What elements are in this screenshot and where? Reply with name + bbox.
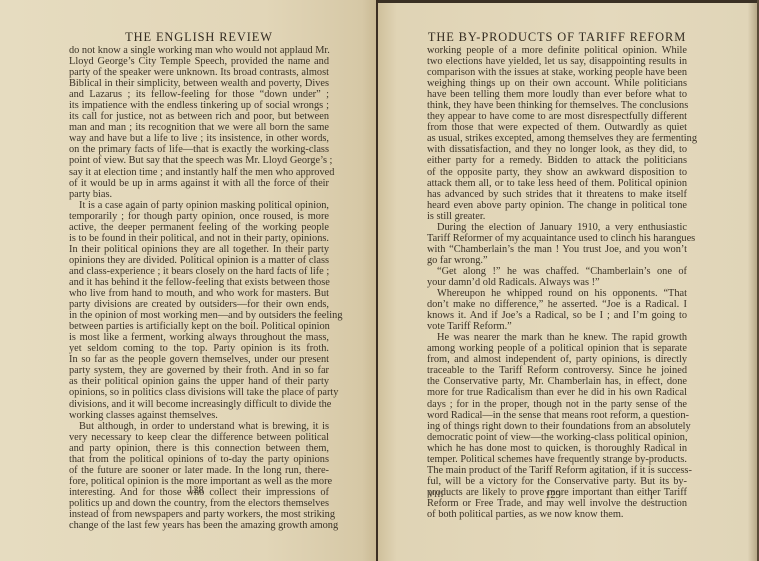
text-line: weighing things up on their own account.… [427,78,687,89]
text-line: of both political parties, as we now kno… [427,509,687,520]
text-line: working classes against themselves. [69,410,329,421]
text-line: comparison with the issues at stake, wor… [427,67,687,78]
signature-mark: VIII [428,490,444,499]
text-line: ing of things right down to their founda… [427,421,687,432]
text-line: either party for a remedy. Bidden to att… [427,155,687,166]
text-line: But although, in order to understand wha… [69,421,329,432]
text-line: on the primary facts of life—that is exa… [69,144,329,155]
left-running-head: THE ENGLISH REVIEW [69,30,329,45]
text-line: have been telling them more loudly than … [427,89,687,100]
text-line: in the opinion of most working men—and b… [69,310,329,321]
text-line: attack them all, or to take less heed of… [427,178,687,189]
text-line: days ; for in the proper, though not in … [427,399,687,410]
text-line: they appear to have come to are most dis… [427,111,687,122]
text-line: between parties is artificially kept on … [69,321,329,332]
text-line: is most like a ferment, working always t… [69,332,329,343]
text-line: think, they have been thinking for thems… [427,100,687,111]
text-line: as usual, strikes excepted, among themse… [427,133,687,144]
text-line: ful, will be a victory for the Conservat… [427,476,687,487]
text-line: with “Chamberlain’s the man ! You trust … [427,244,687,255]
text-line: yet seldom coming to the top. Party opin… [69,343,329,354]
text-line: man and man ; its recognition that we we… [69,122,329,133]
text-line: democratic point of view—the working-cla… [427,432,687,443]
text-line: instead of from newspapers and party wor… [69,509,329,520]
text-line: say it at election time ; and instantly … [69,167,329,178]
text-line: politics up and down the country, from t… [69,498,329,509]
text-line: active, the deeper permanent feeling of … [69,222,329,233]
text-line: of the opposite party, they show an awkw… [427,167,687,178]
text-line: party divisions are created by outsiders… [69,299,329,310]
text-line: and it has behind it the fellow-feeling … [69,277,329,288]
text-line: among working people of a political opin… [427,343,687,354]
text-line: and Lazarus ; its fellow-feeling for tho… [69,89,329,100]
text-line: Tariff Reformer of my acquaintance used … [427,233,687,244]
text-line: and party opinion, there is this connect… [69,443,329,454]
text-line: from those that were expected of them. O… [427,122,687,133]
text-line: party system, they are governed by their… [69,365,329,376]
text-line: which he has done most to quicken, is th… [427,443,687,454]
text-line: more for true Radicalism than ever he di… [427,387,687,398]
text-line: In so far as the people govern themselve… [69,354,329,365]
text-line: During the election of January 1910, a v… [427,222,687,233]
text-line: party of the speaker were unknown. Its b… [69,67,329,78]
text-line: opinions they are divided. Political opi… [69,255,329,266]
text-line: heard even above party opinion. The chan… [427,200,687,211]
text-line: In their political opinions they are all… [69,244,329,255]
text-line: of the future are sooner or later made. … [69,465,329,476]
text-line: The main product of the Tariff Reform ag… [427,465,687,476]
text-line: word Radical—in the sense that means roo… [427,410,687,421]
text-line: has advanced by such strides that it thr… [427,189,687,200]
text-line: two elections have yielded, let us say, … [427,56,687,67]
text-line: change of the last few years has been th… [69,520,329,531]
text-line: its call for justice, not as between ric… [69,111,329,122]
text-line: is to be found in their political, and n… [69,233,329,244]
text-line: temporarily ; for though party opinion, … [69,211,329,222]
text-line: “Get along !” he was chaffed. “Chamberla… [427,266,687,277]
text-line: who live from hand to mouth, and who wor… [69,288,329,299]
text-line: its impatience with the endless tinkerin… [69,100,329,111]
text-line: very necessary to keep clear the differe… [69,432,329,443]
signature-number: I [650,491,653,501]
text-line: traceable to the Tariff Reform controver… [427,365,687,376]
text-line: from, and almost independent of, party o… [427,354,687,365]
left-page-number: 128 [188,485,204,496]
right-page-number: 129 [545,490,561,501]
text-line: your damn’d old Radicals. Always was !” [427,277,687,288]
text-line: temper. Political schemes have frequentl… [427,454,687,465]
book-gutter [376,0,378,561]
text-line: He was nearer the mark than he knew. The… [427,332,687,343]
text-line: go far wrong.” [427,255,687,266]
text-line: that from the political opinions of to-d… [69,454,329,465]
right-page-body: working people of a more definite politi… [427,45,687,520]
text-line: vote Tariff Reform.” [427,321,687,332]
text-line: Biblical in their simplicity, between we… [69,78,329,89]
text-line: working people of a more definite politi… [427,45,687,56]
right-running-head: THE BY-PRODUCTS OF TARIFF REFORM [427,30,687,45]
text-line: Lloyd George’s City Temple Speech, provi… [69,56,329,67]
text-line: way and have but a life to live ; its in… [69,133,329,144]
text-line: is still greater. [427,211,687,222]
left-page-body: do not know a single working man who wou… [69,45,329,531]
text-line: opinions, so in politics class divisions… [69,387,329,398]
text-line: don’t make no difference,” he asserted. … [427,299,687,310]
text-line: do not know a single working man who wou… [69,45,329,56]
text-line: knows it. And if Joe’s a Radical, so be … [427,310,687,321]
text-line: It is a case again of party opinion mask… [69,200,329,211]
text-line: as their political opinion gains the upp… [69,376,329,387]
text-line: divisions, and it will become increasing… [69,399,329,410]
text-line: point of view. But say that the speech w… [69,155,329,166]
text-line: with dissatisfaction, and they no longer… [427,144,687,155]
text-line: Whereupon he whipped round on his oppone… [427,288,687,299]
text-line: of it would be up in arms against it wit… [69,178,329,189]
text-line: the Conservative party, Mr. Chamberlain … [427,376,687,387]
text-line: and class-experience ; it bears closely … [69,266,329,277]
text-line: party bias. [69,189,329,200]
